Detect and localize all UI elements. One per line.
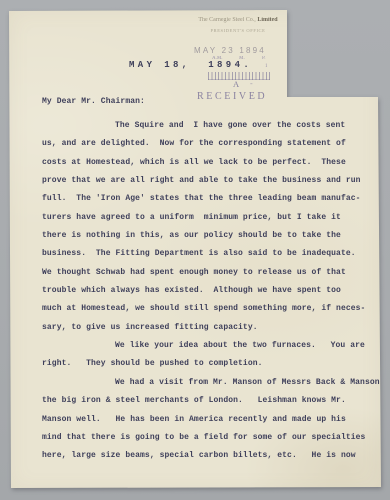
letter-line: Manson well. He has been in America rece… <box>42 411 362 429</box>
letter-line: here, large size beams, special carbon b… <box>42 447 362 465</box>
letter-line: We like your idea about the two furnaces… <box>42 337 362 355</box>
letter-line: The Squire and I have gone over the cost… <box>42 117 362 135</box>
typed-date: MAY 18, 1894. <box>129 60 252 70</box>
letter-line: turers have agreed to a uniform minimum … <box>42 209 362 227</box>
salutation: My Dear Mr. Chairman: <box>42 97 145 106</box>
letter-line: trouble which always has existed. Althou… <box>42 282 362 300</box>
letter-line: prove that we are all right and able to … <box>42 172 362 190</box>
letter-line: full. The 'Iron Age' states that the thr… <box>42 190 362 208</box>
received-date-stamp: MAY 23 1894 <box>194 46 266 55</box>
letter-line: We had a visit from Mr. Manson of Messrs… <box>42 374 362 392</box>
scanned-letter-page: The Carnegie Steel Co., Limited PRESIDEN… <box>0 0 390 500</box>
paper-shadow: The Carnegie Steel Co., Limited PRESIDEN… <box>0 0 390 500</box>
letter-line: right. They should be pushed to completi… <box>42 355 362 373</box>
letter-line: business. The Fitting Department is also… <box>42 245 362 263</box>
letter-line: We thought Schwab had spent enough money… <box>42 264 362 282</box>
stamp-dash: - <box>250 79 253 88</box>
letter-line: costs at Homestead, which is all we lack… <box>42 154 362 172</box>
stamp-hour-digit: 1 <box>265 64 268 69</box>
letterhead-company: The Carnegie Steel Co., Limited <box>183 17 293 24</box>
stamp-sorting-letter: A <box>233 79 239 89</box>
letter-line: mind that there is going to be a field f… <box>42 429 362 447</box>
letter-line: sary, to give us increased fitting capac… <box>42 319 362 337</box>
letter-line: the big iron & steel merchants of London… <box>42 392 362 410</box>
letterhead-company-limited: Limited <box>257 17 277 23</box>
letter-line: there is nothing in this, as our policy … <box>42 227 362 245</box>
letter-body: The Squire and I have gone over the cost… <box>42 117 362 466</box>
letterhead-office: PRESIDENT'S OFFICE <box>183 28 293 33</box>
received-stamp: RECEIVED <box>197 91 267 102</box>
stamp-p-label: P. <box>262 56 265 61</box>
letter-line: much at Homestead, we should still spend… <box>42 300 362 318</box>
letterhead-company-name: The Carnegie Steel Co., <box>198 17 257 23</box>
letter-line: us, and are delighted. Now for the corre… <box>42 135 362 153</box>
letter-paper: The Carnegie Steel Co., Limited PRESIDEN… <box>0 0 390 500</box>
